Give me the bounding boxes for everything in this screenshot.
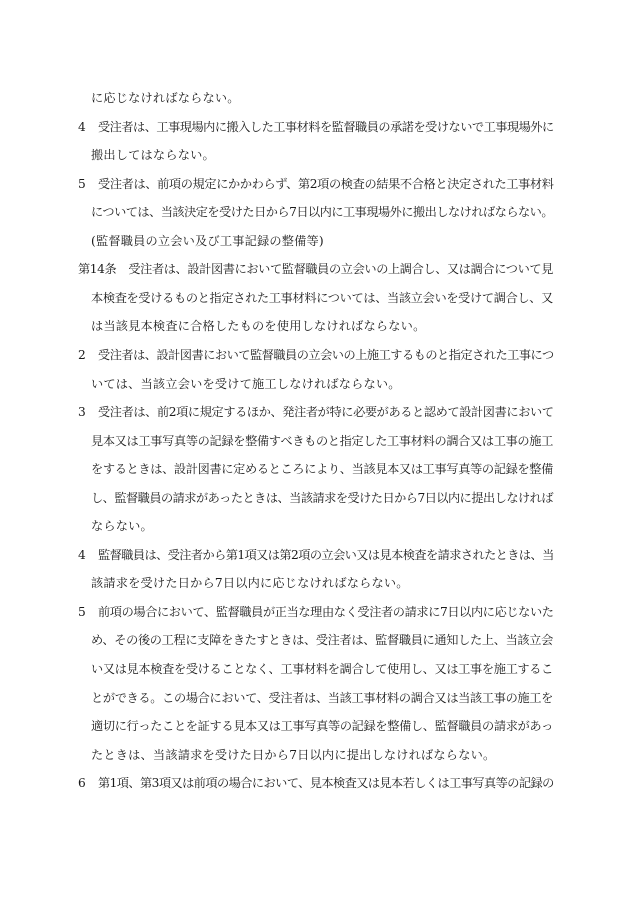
document-page: に応じなければならない。4受注者は、工事現場内に搬入した工事材料を監督職員の承諾… [0, 0, 630, 903]
paragraph-continuation-line: 本検査を受けるものと指定された工事材料については、当該立会いを受けて調合し、又 [91, 290, 553, 306]
item-number: 4 [78, 119, 98, 135]
paragraph-continuation-line: ならない。 [91, 518, 153, 534]
paragraph-continuation-line: し、監督職員の請求があったときは、当該請求を受けた日から7日以内に提出しなければ [91, 490, 553, 506]
line-text: いては、当該立会いを受けて施工しなければならない。 [91, 377, 401, 391]
item-number: 6 [78, 775, 98, 791]
item-number: 4 [78, 547, 98, 563]
line-text: たときは、当該請求を受けた日から7日以内に提出しなければならない。 [91, 748, 495, 762]
article-number: 第14条 [78, 261, 116, 277]
line-text: 搬出してはならない。 [91, 148, 215, 162]
paragraph-continuation-line: たときは、当該請求を受けた日から7日以内に提出しなければならない。 [91, 747, 495, 763]
numbered-paragraph-line: 6第1項、第3項又は前項の場合において、見本検査又は見本若しくは工事写真等の記録… [78, 775, 554, 791]
line-text: (監督職員の立会い及び工事記録の整備等) [91, 234, 324, 248]
paragraph-continuation-line: 該請求を受けた日から7日以内に応じなければならない。 [91, 575, 409, 591]
line-text: については、当該決定を受けた日から7日以内に工事現場外に搬出しなければならない。 [91, 205, 553, 219]
line-text: 前項の場合において、監督職員が正当な理由なく受注者の請求に7日以内に応じないた [98, 605, 554, 619]
numbered-paragraph-line: 5前項の場合において、監督職員が正当な理由なく受注者の請求に7日以内に応じないた [78, 604, 554, 620]
line-text: 監督職員は、受注者から第1項又は第2項の立会い又は見本検査を請求されたときは、当 [98, 548, 554, 562]
item-number: 5 [78, 176, 98, 192]
paragraph-continuation-line: い又は見本検査を受けることなく、工事材料を調合して使用し、又は工事を施工するこ [91, 661, 553, 677]
paragraph-continuation-line: いては、当該立会いを受けて施工しなければならない。 [91, 376, 401, 392]
paragraph-continuation-line: は当該見本検査に合格したものを使用しなければならない。 [91, 318, 425, 334]
numbered-paragraph-line: 5受注者は、前項の規定にかかわらず、第2項の検査の結果不合格と決定された工事材料 [78, 176, 554, 192]
line-text: 適切に行ったことを証する見本又は工事写真等の記録を整備し、監督職員の請求があっ [91, 719, 553, 733]
line-text: し、監督職員の請求があったときは、当該請求を受けた日から7日以内に提出しなければ [91, 491, 553, 505]
paragraph-continuation-line: 適切に行ったことを証する見本又は工事写真等の記録を整備し、監督職員の請求があっ [91, 718, 553, 734]
line-text: 見本又は工事写真等の記録を整備すべきものと指定した工事材料の調合又は工事の施工 [91, 434, 553, 448]
item-number: 5 [78, 604, 98, 620]
paragraph-continuation-line: 搬出してはならない。 [91, 147, 215, 163]
line-text: に応じなければならない。 [91, 91, 240, 105]
numbered-paragraph-line: 第14条受注者は、設計図書において監督職員の立会いの上調合し、又は調合について見 [78, 261, 553, 277]
paragraph-continuation-line: 見本又は工事写真等の記録を整備すべきものと指定した工事材料の調合又は工事の施工 [91, 433, 553, 449]
line-text: 受注者は、工事現場内に搬入した工事材料を監督職員の承諾を受けないで工事現場外に [98, 120, 554, 134]
line-text: 本検査を受けるものと指定された工事材料については、当該立会いを受けて調合し、又 [91, 291, 553, 305]
line-text: い又は見本検査を受けることなく、工事材料を調合して使用し、又は工事を施工するこ [91, 662, 553, 676]
numbered-paragraph-line: 3受注者は、前2項に規定するほか、発注者が特に必要があると認めて設計図書において [78, 404, 554, 420]
line-text: 受注者は、設計図書において監督職員の立会いの上調合し、又は調合について見 [128, 262, 553, 276]
paragraph-continuation-line: については、当該決定を受けた日から7日以内に工事現場外に搬出しなければならない。 [91, 204, 553, 220]
line-text: をするときは、設計図書に定めるところにより、当該見本又は工事写真等の記録を整備 [91, 462, 553, 476]
item-number: 2 [78, 347, 98, 363]
line-text: 該請求を受けた日から7日以内に応じなければならない。 [91, 576, 409, 590]
paragraph-continuation-line: (監督職員の立会い及び工事記録の整備等) [91, 233, 324, 249]
numbered-paragraph-line: 4監督職員は、受注者から第1項又は第2項の立会い又は見本検査を請求されたときは、… [78, 547, 554, 563]
line-text: 受注者は、前2項に規定するほか、発注者が特に必要があると認めて設計図書において [98, 405, 554, 419]
line-text: 受注者は、設計図書において監督職員の立会いの上施工するものと指定された工事につ [98, 348, 554, 362]
numbered-paragraph-line: 2受注者は、設計図書において監督職員の立会いの上施工するものと指定された工事につ [78, 347, 554, 363]
line-text: 第1項、第3項又は前項の場合において、見本検査又は見本若しくは工事写真等の記録の [98, 776, 554, 790]
numbered-paragraph-line: 4受注者は、工事現場内に搬入した工事材料を監督職員の承諾を受けないで工事現場外に [78, 119, 554, 135]
paragraph-continuation-line: をするときは、設計図書に定めるところにより、当該見本又は工事写真等の記録を整備 [91, 461, 553, 477]
line-text: とができる。この場合において、受注者は、当該工事材料の調合又は当該工事の施工を [91, 691, 553, 705]
item-number: 3 [78, 404, 98, 420]
line-text: ならない。 [91, 519, 153, 533]
line-text: は当該見本検査に合格したものを使用しなければならない。 [91, 319, 425, 333]
paragraph-continuation-line: に応じなければならない。 [91, 90, 240, 106]
line-text: 受注者は、前項の規定にかかわらず、第2項の検査の結果不合格と決定された工事材料 [98, 177, 554, 191]
paragraph-continuation-line: とができる。この場合において、受注者は、当該工事材料の調合又は当該工事の施工を [91, 690, 553, 706]
line-text: め、その後の工程に支障をきたすときは、受注者は、監督職員に通知した上、当該立会 [91, 633, 553, 647]
paragraph-continuation-line: め、その後の工程に支障をきたすときは、受注者は、監督職員に通知した上、当該立会 [91, 632, 553, 648]
